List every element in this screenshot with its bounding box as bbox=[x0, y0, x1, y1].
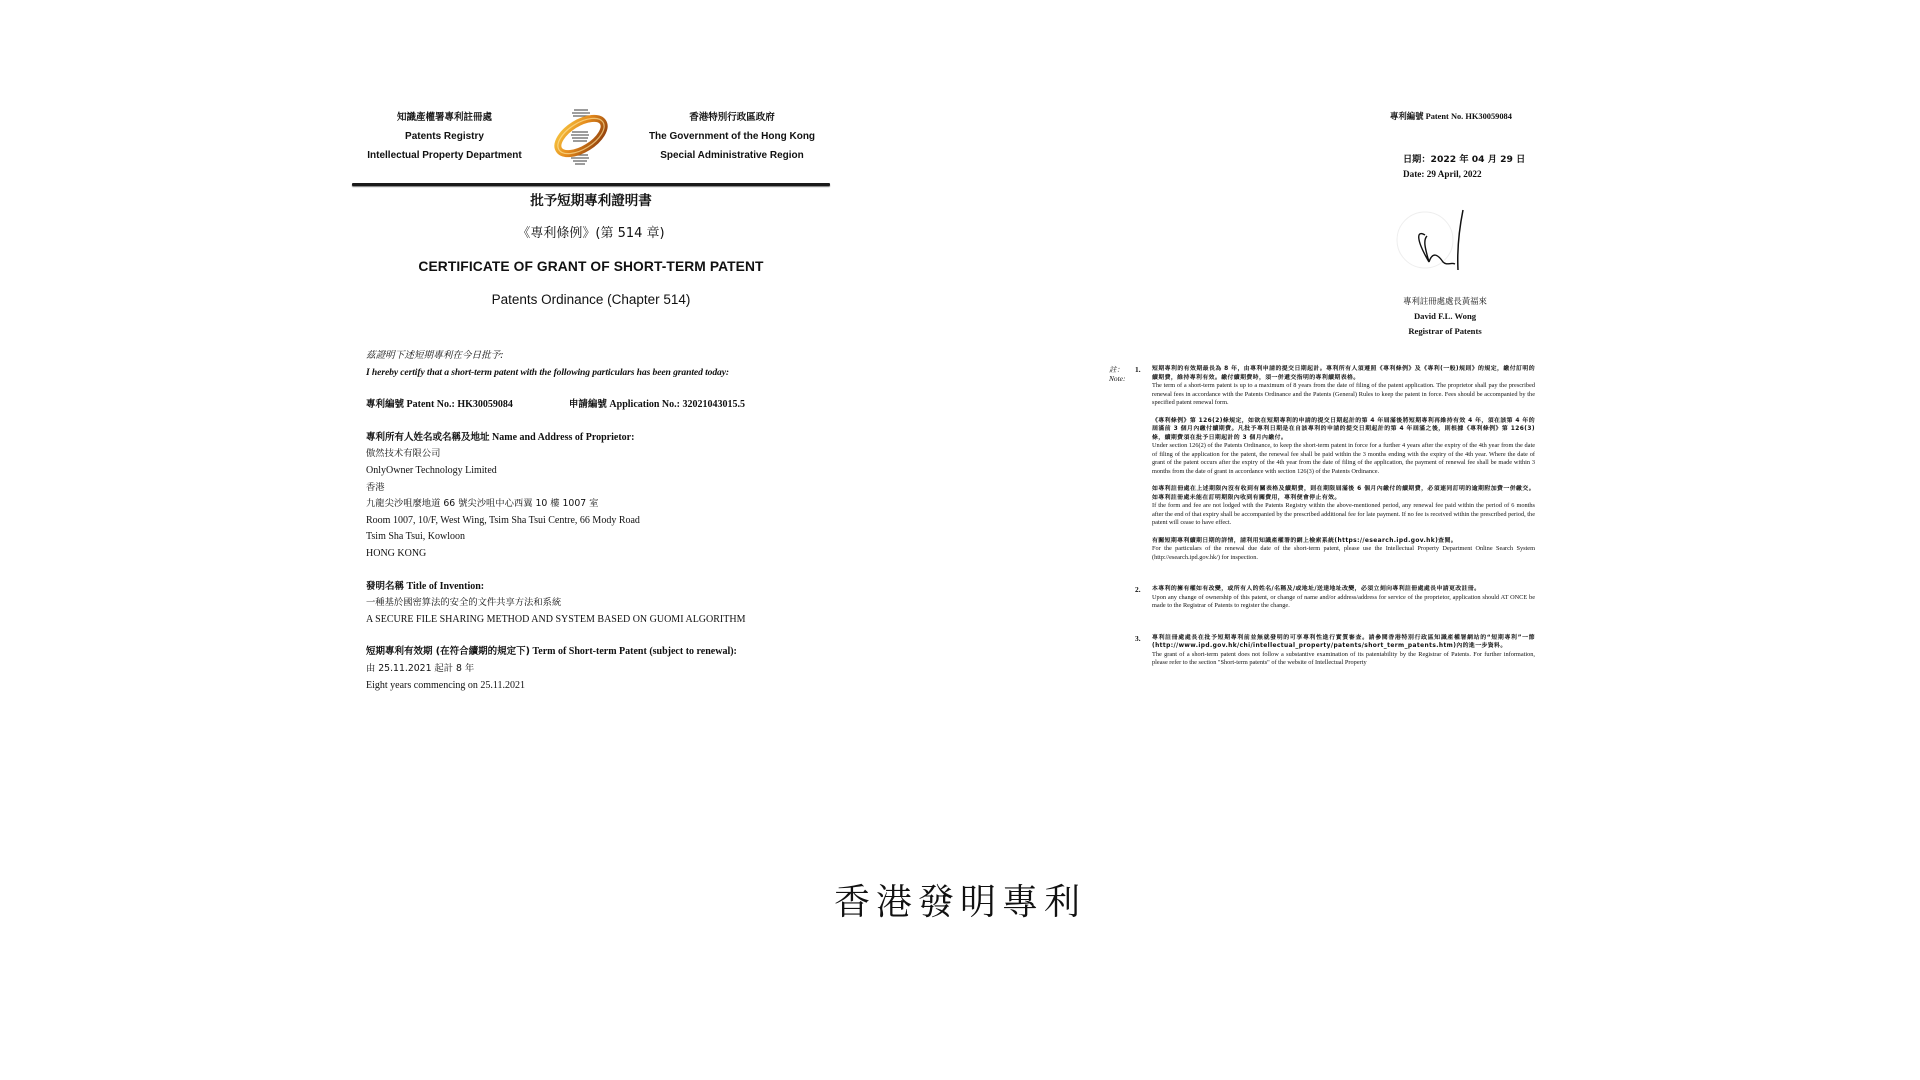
grant-date: 日期：2022 年 04 月 29 日 Date: 29 April, 2022 bbox=[1403, 152, 1525, 182]
note-paragraph: 有關短期專利續期日期的詳情，請利用知識產權署的網上檢索系統(https://es… bbox=[1152, 537, 1535, 563]
note-paragraph-zh: 《專利條例》第 126(2)條規定，如欲在短期專利的申請的提交日期起計的第 4 … bbox=[1152, 417, 1535, 443]
note-paragraph-zh: 如專利註冊處在上述期限內沒有收到有關表格及續期費，則在期限屆滿後 6 個月內繳付… bbox=[1152, 485, 1535, 502]
patent-notes-page: 專利編號 Patent No. HK30059084 日期：2022 年 04 … bbox=[1105, 100, 1535, 710]
application-no-label-en: Application No.: bbox=[609, 399, 680, 410]
patent-certificate-page: 知識產權署專利註冊處 Patents Registry Intellectual… bbox=[352, 100, 830, 700]
note-text: 專利註冊處處長在批予短期專利前並無就發明的可享專利性進行實質審查。請參閱香港特別… bbox=[1152, 634, 1535, 677]
note-paragraph-en: Upon any change of ownership of this pat… bbox=[1152, 594, 1535, 611]
note-paragraph-en: The term of a short-term patent is up to… bbox=[1152, 382, 1535, 408]
registrar-name-zh: 專利註冊處處長黃福來 bbox=[1395, 294, 1495, 309]
note-paragraph-en: Under section 126(2) of the Patents Ordi… bbox=[1152, 442, 1535, 476]
notes-patent-no-zh: 專利編號 bbox=[1390, 111, 1424, 121]
certificate-body: 茲證明下述短期專利在今日批予: I hereby certify that a … bbox=[366, 348, 826, 694]
issuer-line1: Patents Registry bbox=[352, 127, 537, 146]
invention-title-zh: 一種基於國密算法的安全的文件共享方法和系統 bbox=[366, 595, 826, 612]
term-label-zh: 短期專利有效期 (在符合續期的規定下) bbox=[366, 646, 530, 657]
proprietor-line: Tsim Sha Tsui, Kowloon bbox=[366, 529, 826, 546]
grant-date-en: Date: 29 April, 2022 bbox=[1403, 167, 1525, 182]
note-number: 3. bbox=[1135, 634, 1152, 677]
application-no-value: 32021043015.5 bbox=[682, 399, 745, 410]
note-paragraph: 如專利註冊處在上述期限內沒有收到有關表格及續期費，則在期限屆滿後 6 個月內繳付… bbox=[1152, 485, 1535, 528]
note-paragraph-zh: 專利註冊處處長在批予短期專利前並無就發明的可享專利性進行實質審查。請參閱香港特別… bbox=[1152, 634, 1535, 651]
note-paragraph-zh: 本專利的擁有權如有改變，或所有人的姓名/名稱及/或地址/送達地址改變，必須立刻向… bbox=[1152, 585, 1535, 594]
note-paragraph: 專利註冊處處長在批予短期專利前並無就發明的可享專利性進行實質審查。請參閱香港特別… bbox=[1152, 634, 1535, 668]
note-item: 2.本專利的擁有權如有改變，或所有人的姓名/名稱及/或地址/送達地址改變，必須立… bbox=[1135, 585, 1535, 620]
note-label: 註： Note: bbox=[1109, 365, 1125, 383]
proprietor-label-en: Name and Address of Proprietor: bbox=[492, 432, 634, 443]
issuer-header-right: 香港特別行政區政府 The Government of the Hong Kon… bbox=[632, 108, 832, 165]
certificate-title-en: CERTIFICATE OF GRANT OF SHORT-TERM PATEN… bbox=[352, 259, 830, 274]
note-paragraph-zh: 有關短期專利續期日期的詳情，請利用知識產權署的網上檢索系統(https://es… bbox=[1152, 537, 1535, 546]
note-paragraph-zh: 短期專利的有效期最長為 8 年，由專利申請的提交日期起計。專利所有人須遵照《專利… bbox=[1152, 365, 1535, 382]
notes-list: 1.短期專利的有效期最長為 8 年，由專利申請的提交日期起計。專利所有人須遵照《… bbox=[1135, 365, 1535, 691]
hksar-emblem-icon bbox=[548, 106, 614, 168]
ordinance-zh: 《專利條例》(第 514 章) bbox=[352, 222, 830, 241]
proprietor-label-zh: 專利所有人姓名或名稱及地址 bbox=[366, 432, 490, 443]
certify-statement-en: I hereby certify that a short-term paten… bbox=[366, 365, 826, 382]
patent-numbers-row: 專利編號 Patent No.: HK30059084 申請編號 Applica… bbox=[366, 397, 826, 414]
caption-title: 香港發明專利 bbox=[0, 874, 1920, 925]
note-paragraph: 短期專利的有效期最長為 8 年，由專利申請的提交日期起計。專利所有人須遵照《專利… bbox=[1152, 365, 1535, 408]
patent-number-field: 專利編號 Patent No.: HK30059084 bbox=[366, 397, 513, 414]
invention-label: 發明名稱 Title of Invention: bbox=[366, 579, 826, 596]
certificate-title-zh: 批予短期專利證明書 bbox=[352, 189, 830, 209]
patent-no-value: HK30059084 bbox=[457, 399, 513, 410]
header-divider bbox=[352, 183, 830, 186]
note-paragraph-en: If the form and fee are not lodged with … bbox=[1152, 502, 1535, 528]
proprietor-line: 傲然技术有限公司 bbox=[366, 446, 826, 463]
proprietor-line: HONG KONG bbox=[366, 546, 826, 563]
note-text: 本專利的擁有權如有改變，或所有人的姓名/名稱及/或地址/送達地址改變，必須立刻向… bbox=[1152, 585, 1535, 620]
term-label-en: Term of Short-term Patent (subject to re… bbox=[533, 646, 737, 657]
note-paragraph: 《專利條例》第 126(2)條規定，如欲在短期專利的申請的提交日期起計的第 4 … bbox=[1152, 417, 1535, 477]
note-number: 1. bbox=[1135, 365, 1152, 571]
proprietor-line: OnlyOwner Technology Limited bbox=[366, 463, 826, 480]
certify-statement-zh: 茲證明下述短期專利在今日批予: bbox=[366, 348, 826, 365]
note-number: 2. bbox=[1135, 585, 1152, 620]
registrar-block: 專利註冊處處長黃福來 David F.L. Wong Registrar of … bbox=[1395, 294, 1495, 339]
note-label-zh: 註： bbox=[1109, 365, 1125, 374]
government-line1: The Government of the Hong Kong bbox=[632, 127, 832, 146]
application-number-field: 申請編號 Application No.: 32021043015.5 bbox=[569, 397, 745, 414]
note-paragraph-en: For the particulars of the renewal due d… bbox=[1152, 545, 1535, 562]
note-item: 3.專利註冊處處長在批予短期專利前並無就發明的可享專利性進行實質審查。請參閱香港… bbox=[1135, 634, 1535, 677]
invention-label-en: Title of Invention: bbox=[407, 581, 485, 592]
term-zh: 由 25.11.2021 起計 8 年 bbox=[366, 661, 826, 678]
application-no-label-zh: 申請編號 bbox=[569, 399, 607, 410]
note-paragraph-en: The grant of a short-term patent does no… bbox=[1152, 651, 1535, 668]
grant-date-zh: 日期：2022 年 04 月 29 日 bbox=[1403, 152, 1525, 167]
proprietor-label: 專利所有人姓名或名稱及地址 Name and Address of Propri… bbox=[366, 430, 826, 447]
note-paragraph: 本專利的擁有權如有改變，或所有人的姓名/名稱及/或地址/送達地址改變，必須立刻向… bbox=[1152, 585, 1535, 611]
patent-no-label-zh: 專利編號 bbox=[366, 399, 404, 410]
signature-icon bbox=[1395, 200, 1485, 280]
registrar-name: David F.L. Wong bbox=[1395, 309, 1495, 324]
government-line2: Special Administrative Region bbox=[632, 146, 832, 165]
term-en: Eight years commencing on 25.11.2021 bbox=[366, 678, 826, 695]
issuer-line2: Intellectual Property Department bbox=[352, 146, 537, 165]
government-zh: 香港特別行政區政府 bbox=[632, 108, 832, 127]
proprietor-line: 香港 bbox=[366, 480, 826, 497]
patent-no-label-en: Patent No.: bbox=[407, 399, 455, 410]
proprietor-line: 九龍尖沙咀麼地道 66 號尖沙咀中心西翼 10 樓 1007 室 bbox=[366, 496, 826, 513]
invention-label-zh: 發明名稱 bbox=[366, 581, 404, 592]
notes-patent-number: 專利編號 Patent No. HK30059084 bbox=[1390, 110, 1512, 122]
term-label: 短期專利有效期 (在符合續期的規定下) Term of Short-term P… bbox=[366, 644, 826, 661]
invention-title-en: A SECURE FILE SHARING METHOD AND SYSTEM … bbox=[366, 612, 826, 629]
proprietor-address: 傲然技术有限公司OnlyOwner Technology Limited香港九龍… bbox=[366, 446, 826, 562]
note-item: 1.短期專利的有效期最長為 8 年，由專利申請的提交日期起計。專利所有人須遵照《… bbox=[1135, 365, 1535, 571]
ordinance-en: Patents Ordinance (Chapter 514) bbox=[352, 292, 830, 307]
issuer-header-left: 知識產權署專利註冊處 Patents Registry Intellectual… bbox=[352, 108, 537, 165]
registrar-title: Registrar of Patents bbox=[1395, 324, 1495, 339]
issuer-zh: 知識產權署專利註冊處 bbox=[352, 108, 537, 127]
note-label-en: Note: bbox=[1109, 374, 1125, 383]
note-text: 短期專利的有效期最長為 8 年，由專利申請的提交日期起計。專利所有人須遵照《專利… bbox=[1152, 365, 1535, 571]
proprietor-line: Room 1007, 10/F, West Wing, Tsim Sha Tsu… bbox=[366, 513, 826, 530]
notes-patent-no-en: Patent No. HK30059084 bbox=[1426, 112, 1512, 121]
